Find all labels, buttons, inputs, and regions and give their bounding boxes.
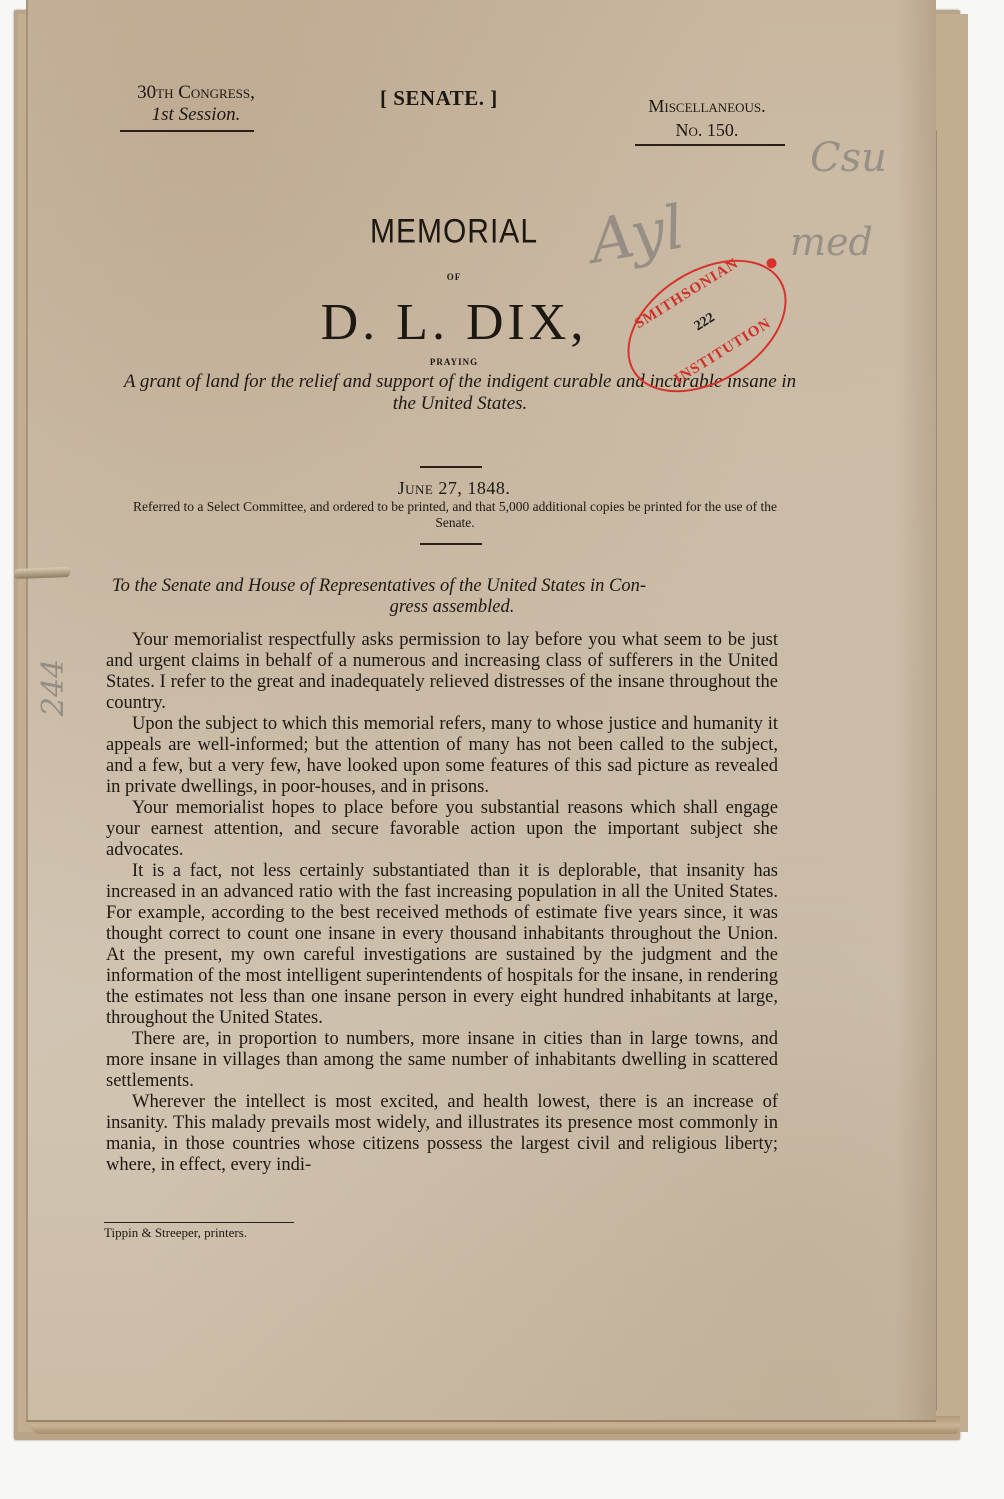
salutation: To the Senate and House of Representativ… [112, 576, 792, 618]
paragraph: Your memorialist hopes to place before y… [106, 798, 778, 861]
pencil-annotation: med [790, 220, 873, 264]
salutation-line-2: gress assembled. [112, 597, 792, 618]
paragraph: Upon the subject to which this memorial … [106, 714, 778, 798]
congress-label: 30th Congress, [116, 82, 276, 104]
fold-line [936, 130, 937, 1410]
title-memorial: MEMORIAL [0, 212, 908, 251]
printer-rule [104, 1222, 294, 1223]
date-rule-top [420, 466, 482, 468]
category-label: Miscellaneous. [628, 94, 786, 118]
date-rule-bottom [420, 543, 482, 545]
memorial-body: Your memorialist respectfully asks permi… [106, 630, 778, 1176]
pencil-annotation: Csu [810, 135, 887, 181]
congress-session-header: 30th Congress, 1st Session. [116, 82, 276, 126]
paragraph: Your memorialist respectfully asks permi… [106, 630, 778, 714]
printer-credit: Tippin & Streeper, printers. [104, 1225, 247, 1241]
header-rule-right [635, 144, 785, 146]
title-praying: PRAYING [0, 357, 908, 367]
paragraph: It is a fact, not less certainly substan… [106, 861, 778, 1029]
senate-label: [ SENATE. ] [380, 86, 498, 111]
document-number: No. 150. [628, 118, 786, 142]
referral-note: Referred to a Select Committee, and orde… [112, 499, 798, 531]
salutation-line-1: To the Senate and House of Representativ… [112, 576, 646, 596]
binding-string [14, 567, 70, 579]
document-number-header: Miscellaneous. No. 150. [628, 94, 786, 142]
session-label: 1st Session. [116, 104, 276, 126]
header-rule-left [120, 130, 254, 132]
date-line: June 27, 1848. [0, 478, 908, 499]
paragraph: There are, in proportion to numbers, mor… [106, 1029, 778, 1092]
paragraph: Wherever the intellect is most excited, … [106, 1092, 778, 1176]
margin-number-annotation: 244 [36, 659, 71, 716]
